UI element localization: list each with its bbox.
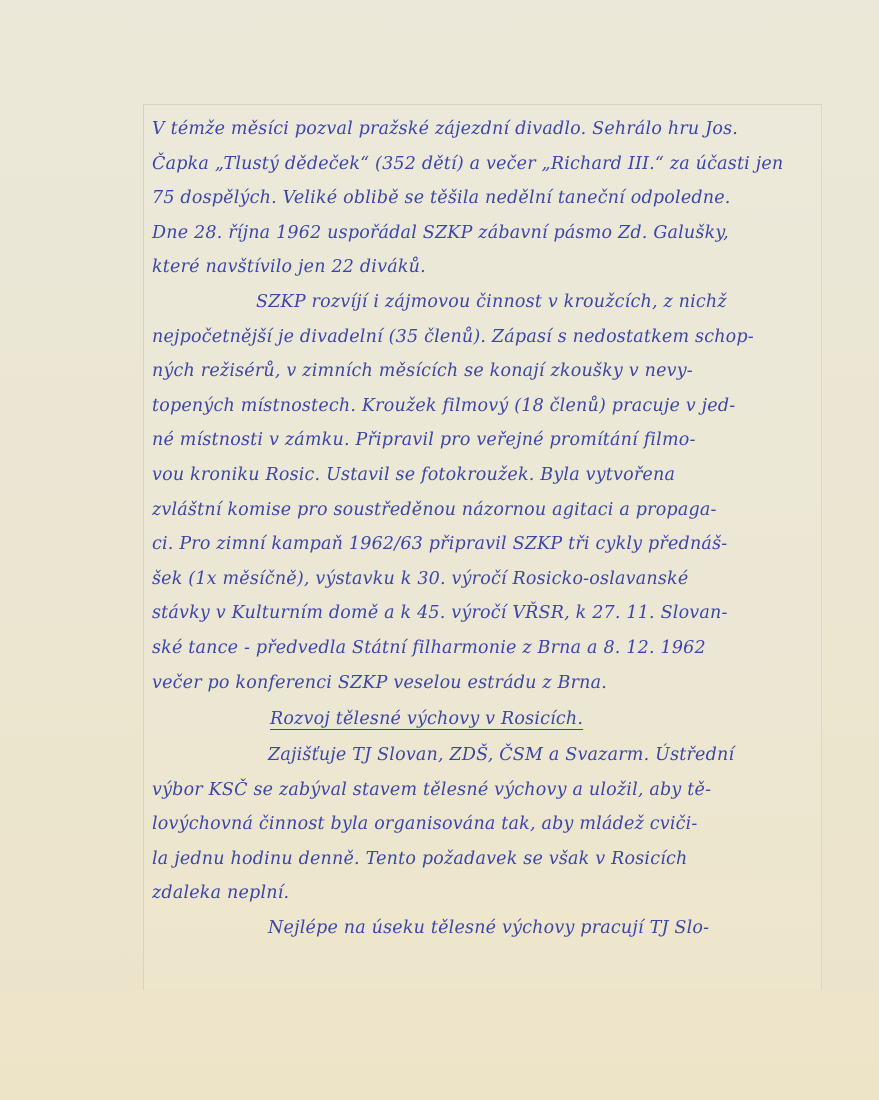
text-line: zdaleka neplní. <box>152 876 822 911</box>
text-line: Nejlépe na úseku tělesné výchovy pracují… <box>152 911 822 946</box>
text-line: ných režisérů, v zimních měsících se kon… <box>152 354 822 389</box>
text-line: výbor KSČ se zabýval stavem tělesné vých… <box>152 773 822 808</box>
text-line: lovýchovná činnost byla organisována tak… <box>152 807 822 842</box>
text-line: 75 dospělých. Veliké oblibě se těšila ne… <box>152 181 822 216</box>
text-line: zvláštní komise pro soustředěnou názorno… <box>152 493 822 528</box>
text-line: Zajišťuje TJ Slovan, ZDŠ, ČSM a Svazarm.… <box>152 738 822 773</box>
handwritten-text: V témže měsíci pozval pražské zájezdní d… <box>152 112 822 946</box>
section-heading-text: Rozvoj tělesné výchovy v Rosicích. <box>270 709 583 729</box>
text-line: né místnosti v zámku. Připravil pro veře… <box>152 423 822 458</box>
text-line: la jednu hodinu denně. Tento požadavek s… <box>152 842 822 877</box>
text-line: Čapka „Tlustý dědeček“ (352 dětí) a veče… <box>152 147 822 182</box>
paragraph-theatre: V témže měsíci pozval pražské zájezdní d… <box>152 112 822 285</box>
text-line: ské tance - předvedla Státní filharmonie… <box>152 631 822 666</box>
text-line: šek (1x měsíčně), výstavku k 30. výročí … <box>152 562 822 597</box>
paragraph-tj-slovan: Nejlépe na úseku tělesné výchovy pracují… <box>152 911 822 946</box>
text-line: V témže měsíci pozval pražské zájezdní d… <box>152 112 822 147</box>
text-line: Dne 28. října 1962 uspořádal SZKP zábavn… <box>152 216 822 251</box>
text-line: SZKP rozvíjí i zájmovou činnost v kroužc… <box>152 285 822 320</box>
text-line: stávky v Kulturním domě a k 45. výročí V… <box>152 596 822 631</box>
section-heading: Rozvoj tělesné výchovy v Rosicích. <box>152 700 822 738</box>
text-line: ci. Pro zimní kampaň 1962/63 připravil S… <box>152 527 822 562</box>
paragraph-physical-education: Zajišťuje TJ Slovan, ZDŠ, ČSM a Svazarm.… <box>152 738 822 911</box>
text-line: vou kroniku Rosic. Ustavil se fotokrouže… <box>152 458 822 493</box>
paragraph-szkp-circles: SZKP rozvíjí i zájmovou činnost v kroužc… <box>152 285 822 700</box>
text-line: které navštívilo jen 22 diváků. <box>152 250 822 285</box>
text-line: nejpočetnější je divadelní (35 členů). Z… <box>152 320 822 355</box>
text-line: topených místnostech. Kroužek filmový (1… <box>152 389 822 424</box>
text-line: večer po konferenci SZKP veselou estrádu… <box>152 666 822 701</box>
